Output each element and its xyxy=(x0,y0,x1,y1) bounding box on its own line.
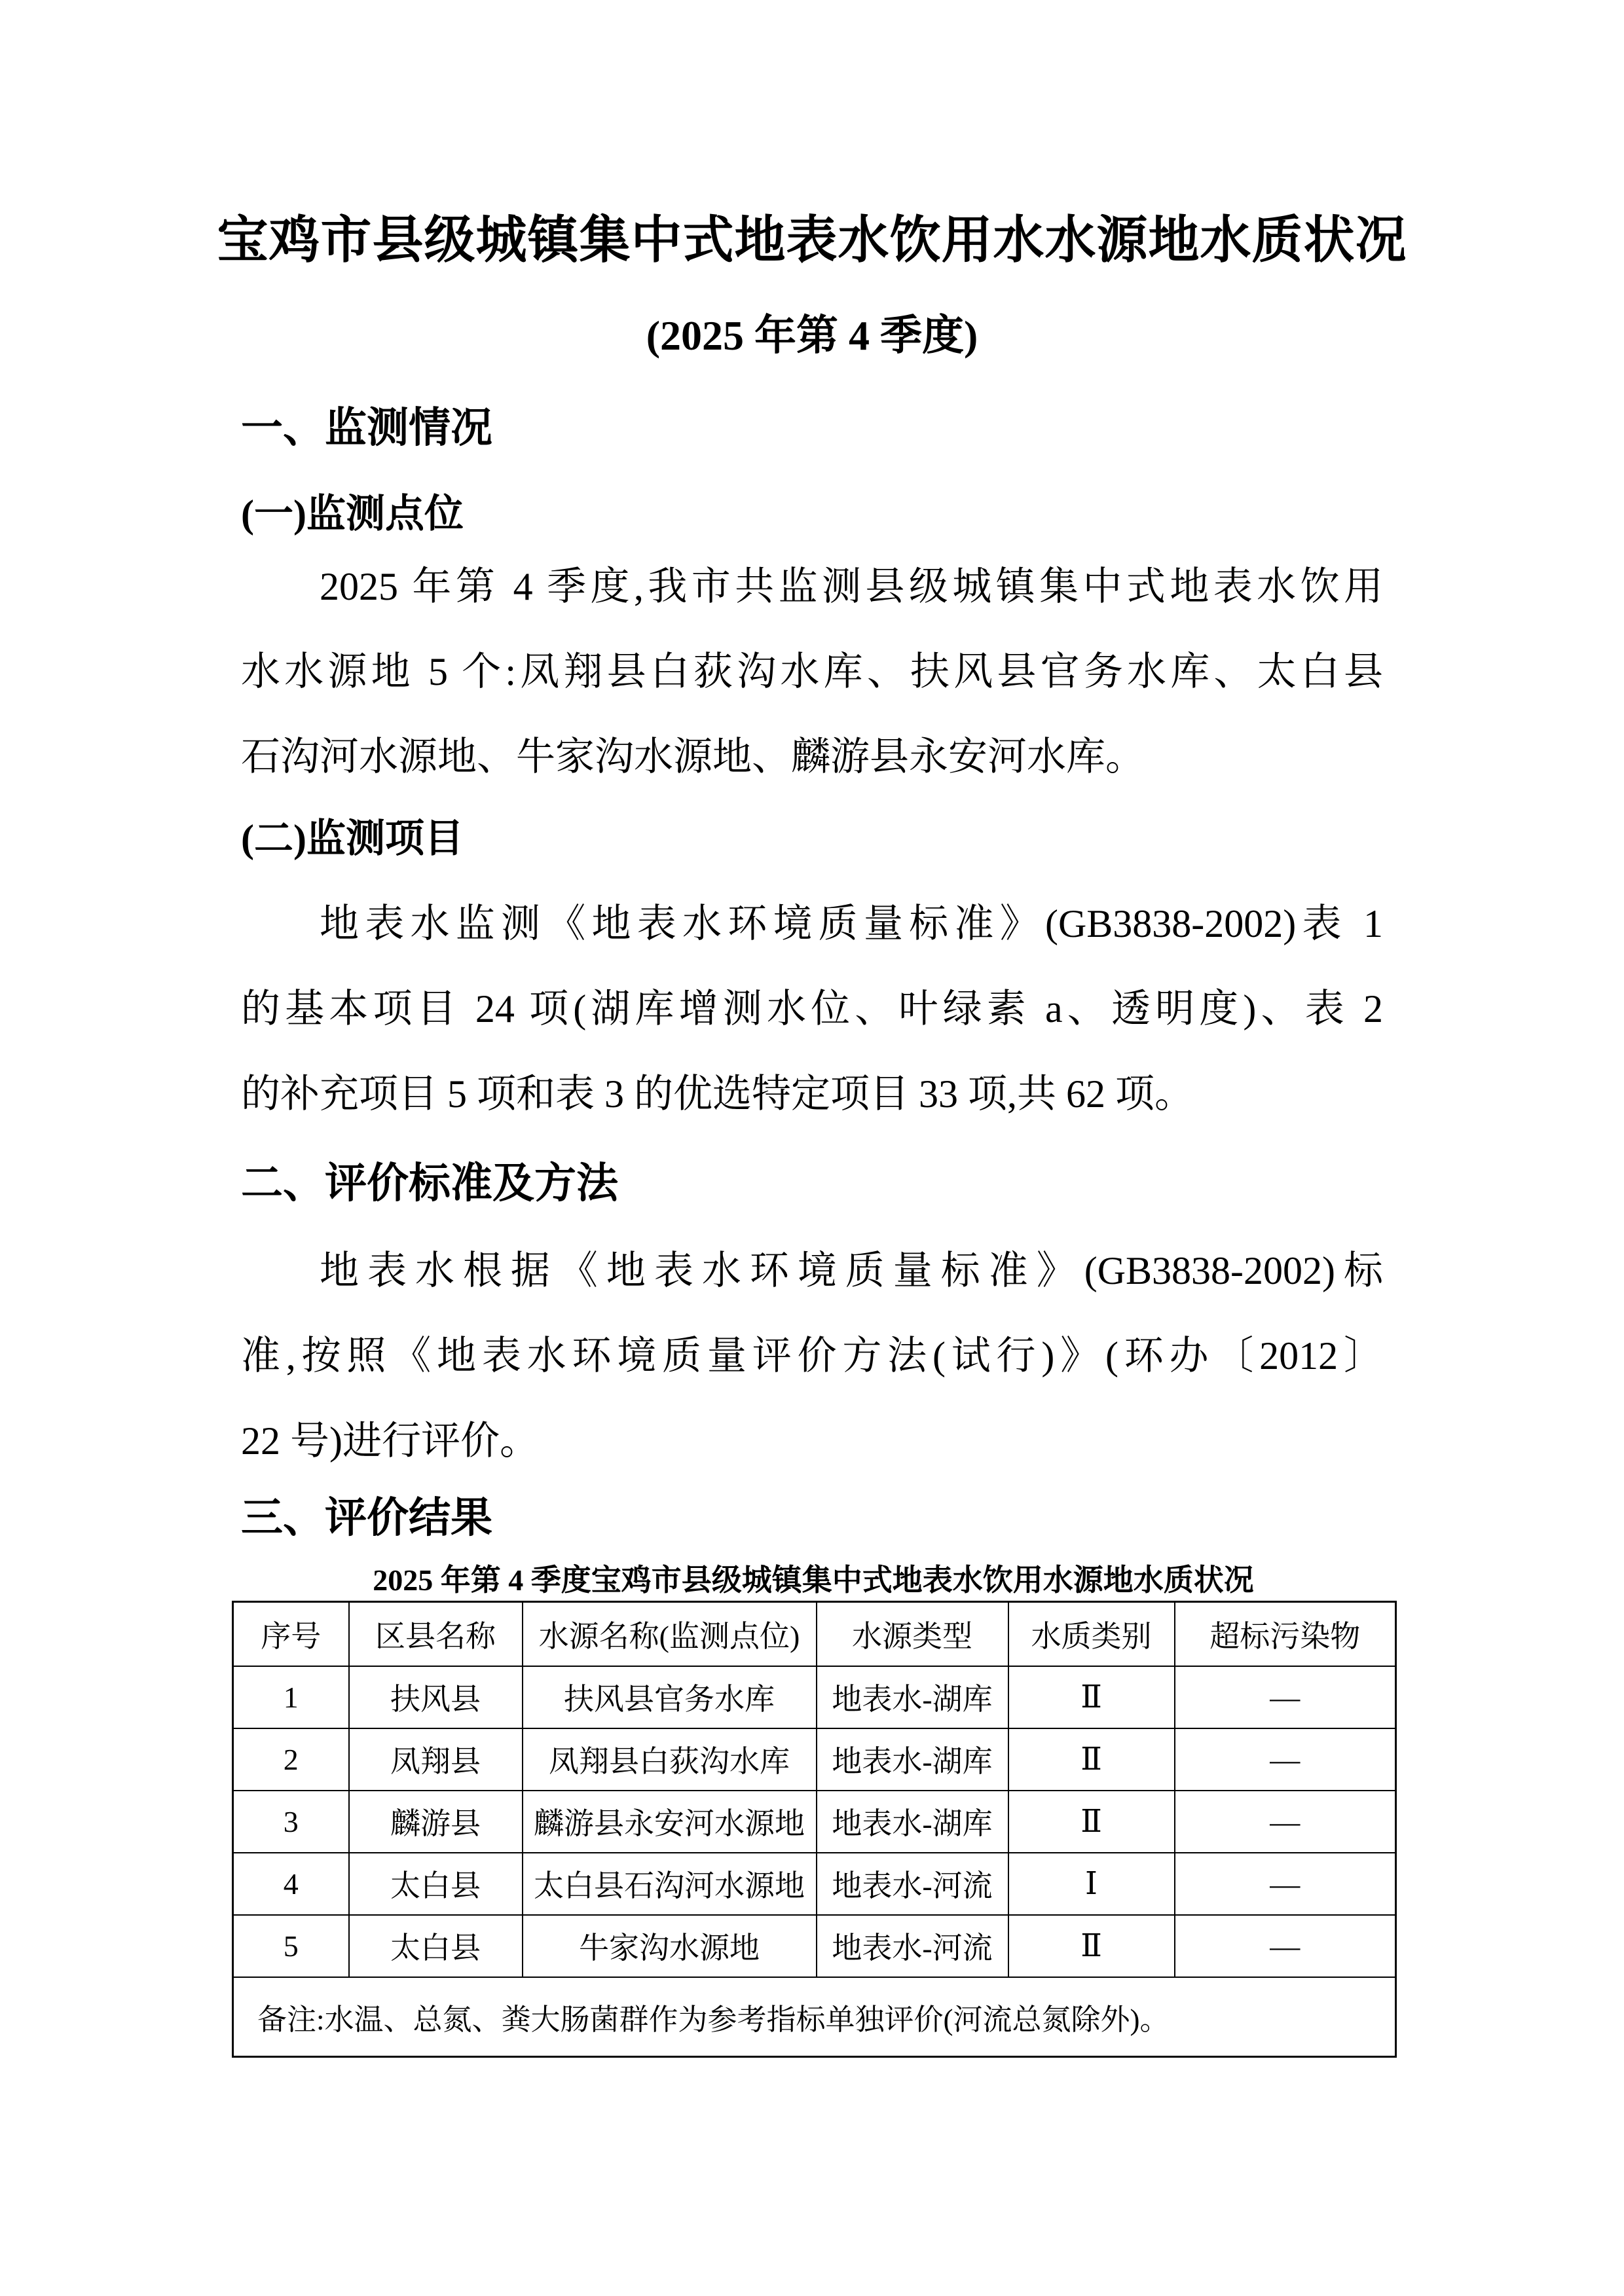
table-row: 2 凤翔县 凤翔县白荻沟水库 地表水-湖库 Ⅱ — xyxy=(233,1728,1396,1791)
table-header-cell-seq: 序号 xyxy=(233,1602,349,1666)
paragraph-points-line1: 2025 年第 4 季度,我市共监测县级城镇集中式地表水饮用 xyxy=(241,563,1383,610)
paragraph-points-line3: 石沟河水源地、牛家沟水源地、麟游县永安河水库。 xyxy=(241,733,1383,780)
table-cell-source: 凤翔县白荻沟水库 xyxy=(523,1728,817,1791)
table-cell-county: 扶风县 xyxy=(349,1666,523,1728)
paragraph-items-line3: 的补充项目 5 项和表 3 的优选特定项目 33 项,共 62 项。 xyxy=(241,1070,1383,1118)
paragraph-standards-line2: 准,按照《地表水环境质量评价方法(试行)》(环办〔2012〕 xyxy=(241,1332,1383,1379)
paragraph-items-line1: 地表水监测《地表水环境质量标准》(GB3838-2002)表 1 xyxy=(241,900,1383,947)
table-cell-seq: 1 xyxy=(233,1666,349,1728)
paragraph-items-line2: 的基本项目 24 项(湖库增测水位、叶绿素 a、透明度)、表 2 xyxy=(241,985,1383,1032)
table-cell-type: 地表水-湖库 xyxy=(817,1728,1008,1791)
table-header-cell-pollutant: 超标污染物 xyxy=(1175,1602,1396,1666)
paragraph-points-line2: 水水源地 5 个:凤翔县白荻沟水库、扶风县官务水库、太白县 xyxy=(241,648,1383,695)
results-table-caption: 2025 年第 4 季度宝鸡市县级城镇集中式地表水饮用水源地水质状况 xyxy=(232,1563,1395,1598)
heading-sub2-monitoring-items: (二)监测项目 xyxy=(241,817,1383,860)
document-title-line2: (2025 年第 4 季度) xyxy=(0,312,1624,360)
table-cell-seq: 3 xyxy=(233,1791,349,1853)
table-cell-class: Ⅱ xyxy=(1008,1791,1175,1853)
document-title-line1: 宝鸡市县级城镇集中式地表水饮用水水源地水质状况 xyxy=(0,211,1624,270)
table-cell-class: Ⅱ xyxy=(1008,1728,1175,1791)
table-cell-seq: 4 xyxy=(233,1853,349,1915)
heading-section1-monitoring: 一、监测情况 xyxy=(241,405,1383,450)
table-row: 4 太白县 太白县石沟河水源地 地表水-河流 Ⅰ — xyxy=(233,1853,1396,1915)
table-cell-class: Ⅰ xyxy=(1008,1853,1175,1915)
paragraph-standards-line1: 地表水根据《地表水环境质量标准》(GB3838-2002)标 xyxy=(241,1247,1383,1294)
table-row: 1 扶风县 扶风县官务水库 地表水-湖库 Ⅱ — xyxy=(233,1666,1396,1728)
table-header-cell-source: 水源名称(监测点位) xyxy=(523,1602,817,1666)
table-cell-county: 凤翔县 xyxy=(349,1728,523,1791)
table-note-row: 备注:水温、总氮、粪大肠菌群作为参考指标单独评价(河流总氮除外)。 xyxy=(233,1977,1396,2057)
table-cell-type: 地表水-湖库 xyxy=(817,1791,1008,1853)
table-cell-pollutant: — xyxy=(1175,1915,1396,1977)
table-row: 3 麟游县 麟游县永安河水源地 地表水-湖库 Ⅱ — xyxy=(233,1791,1396,1853)
table-cell-source: 太白县石沟河水源地 xyxy=(523,1853,817,1915)
table-header-cell-county: 区县名称 xyxy=(349,1602,523,1666)
heading-section3-results: 三、评价结果 xyxy=(241,1495,1383,1540)
table-cell-county: 太白县 xyxy=(349,1915,523,1977)
table-note-cell: 备注:水温、总氮、粪大肠菌群作为参考指标单独评价(河流总氮除外)。 xyxy=(233,1977,1396,2057)
table-cell-type: 地表水-湖库 xyxy=(817,1666,1008,1728)
document-page: 宝鸡市县级城镇集中式地表水饮用水水源地水质状况 (2025 年第 4 季度) 一… xyxy=(0,0,1624,2296)
table-cell-county: 太白县 xyxy=(349,1853,523,1915)
table-cell-class: Ⅱ xyxy=(1008,1666,1175,1728)
table-cell-source: 扶风县官务水库 xyxy=(523,1666,817,1728)
table-cell-pollutant: — xyxy=(1175,1791,1396,1853)
table-header-cell-class: 水质类别 xyxy=(1008,1602,1175,1666)
table-cell-pollutant: — xyxy=(1175,1728,1396,1791)
table-cell-type: 地表水-河流 xyxy=(817,1915,1008,1977)
table-header-row: 序号 区县名称 水源名称(监测点位) 水源类型 水质类别 超标污染物 xyxy=(233,1602,1396,1666)
table-cell-seq: 5 xyxy=(233,1915,349,1977)
heading-sub1-monitoring-points: (一)监测点位 xyxy=(241,492,1383,536)
table-cell-source: 牛家沟水源地 xyxy=(523,1915,817,1977)
table-cell-type: 地表水-河流 xyxy=(817,1853,1008,1915)
heading-section2-standards: 二、评价标准及方法 xyxy=(241,1160,1383,1206)
table-cell-source: 麟游县永安河水源地 xyxy=(523,1791,817,1853)
table-cell-county: 麟游县 xyxy=(349,1791,523,1853)
table-cell-pollutant: — xyxy=(1175,1666,1396,1728)
paragraph-standards-line3: 22 号)进行评价。 xyxy=(241,1417,1383,1465)
results-table: 序号 区县名称 水源名称(监测点位) 水源类型 水质类别 超标污染物 1 扶风县… xyxy=(232,1601,1397,2058)
table-header-cell-type: 水源类型 xyxy=(817,1602,1008,1666)
table-cell-seq: 2 xyxy=(233,1728,349,1791)
table-cell-class: Ⅱ xyxy=(1008,1915,1175,1977)
table-row: 5 太白县 牛家沟水源地 地表水-河流 Ⅱ — xyxy=(233,1915,1396,1977)
table-cell-pollutant: — xyxy=(1175,1853,1396,1915)
